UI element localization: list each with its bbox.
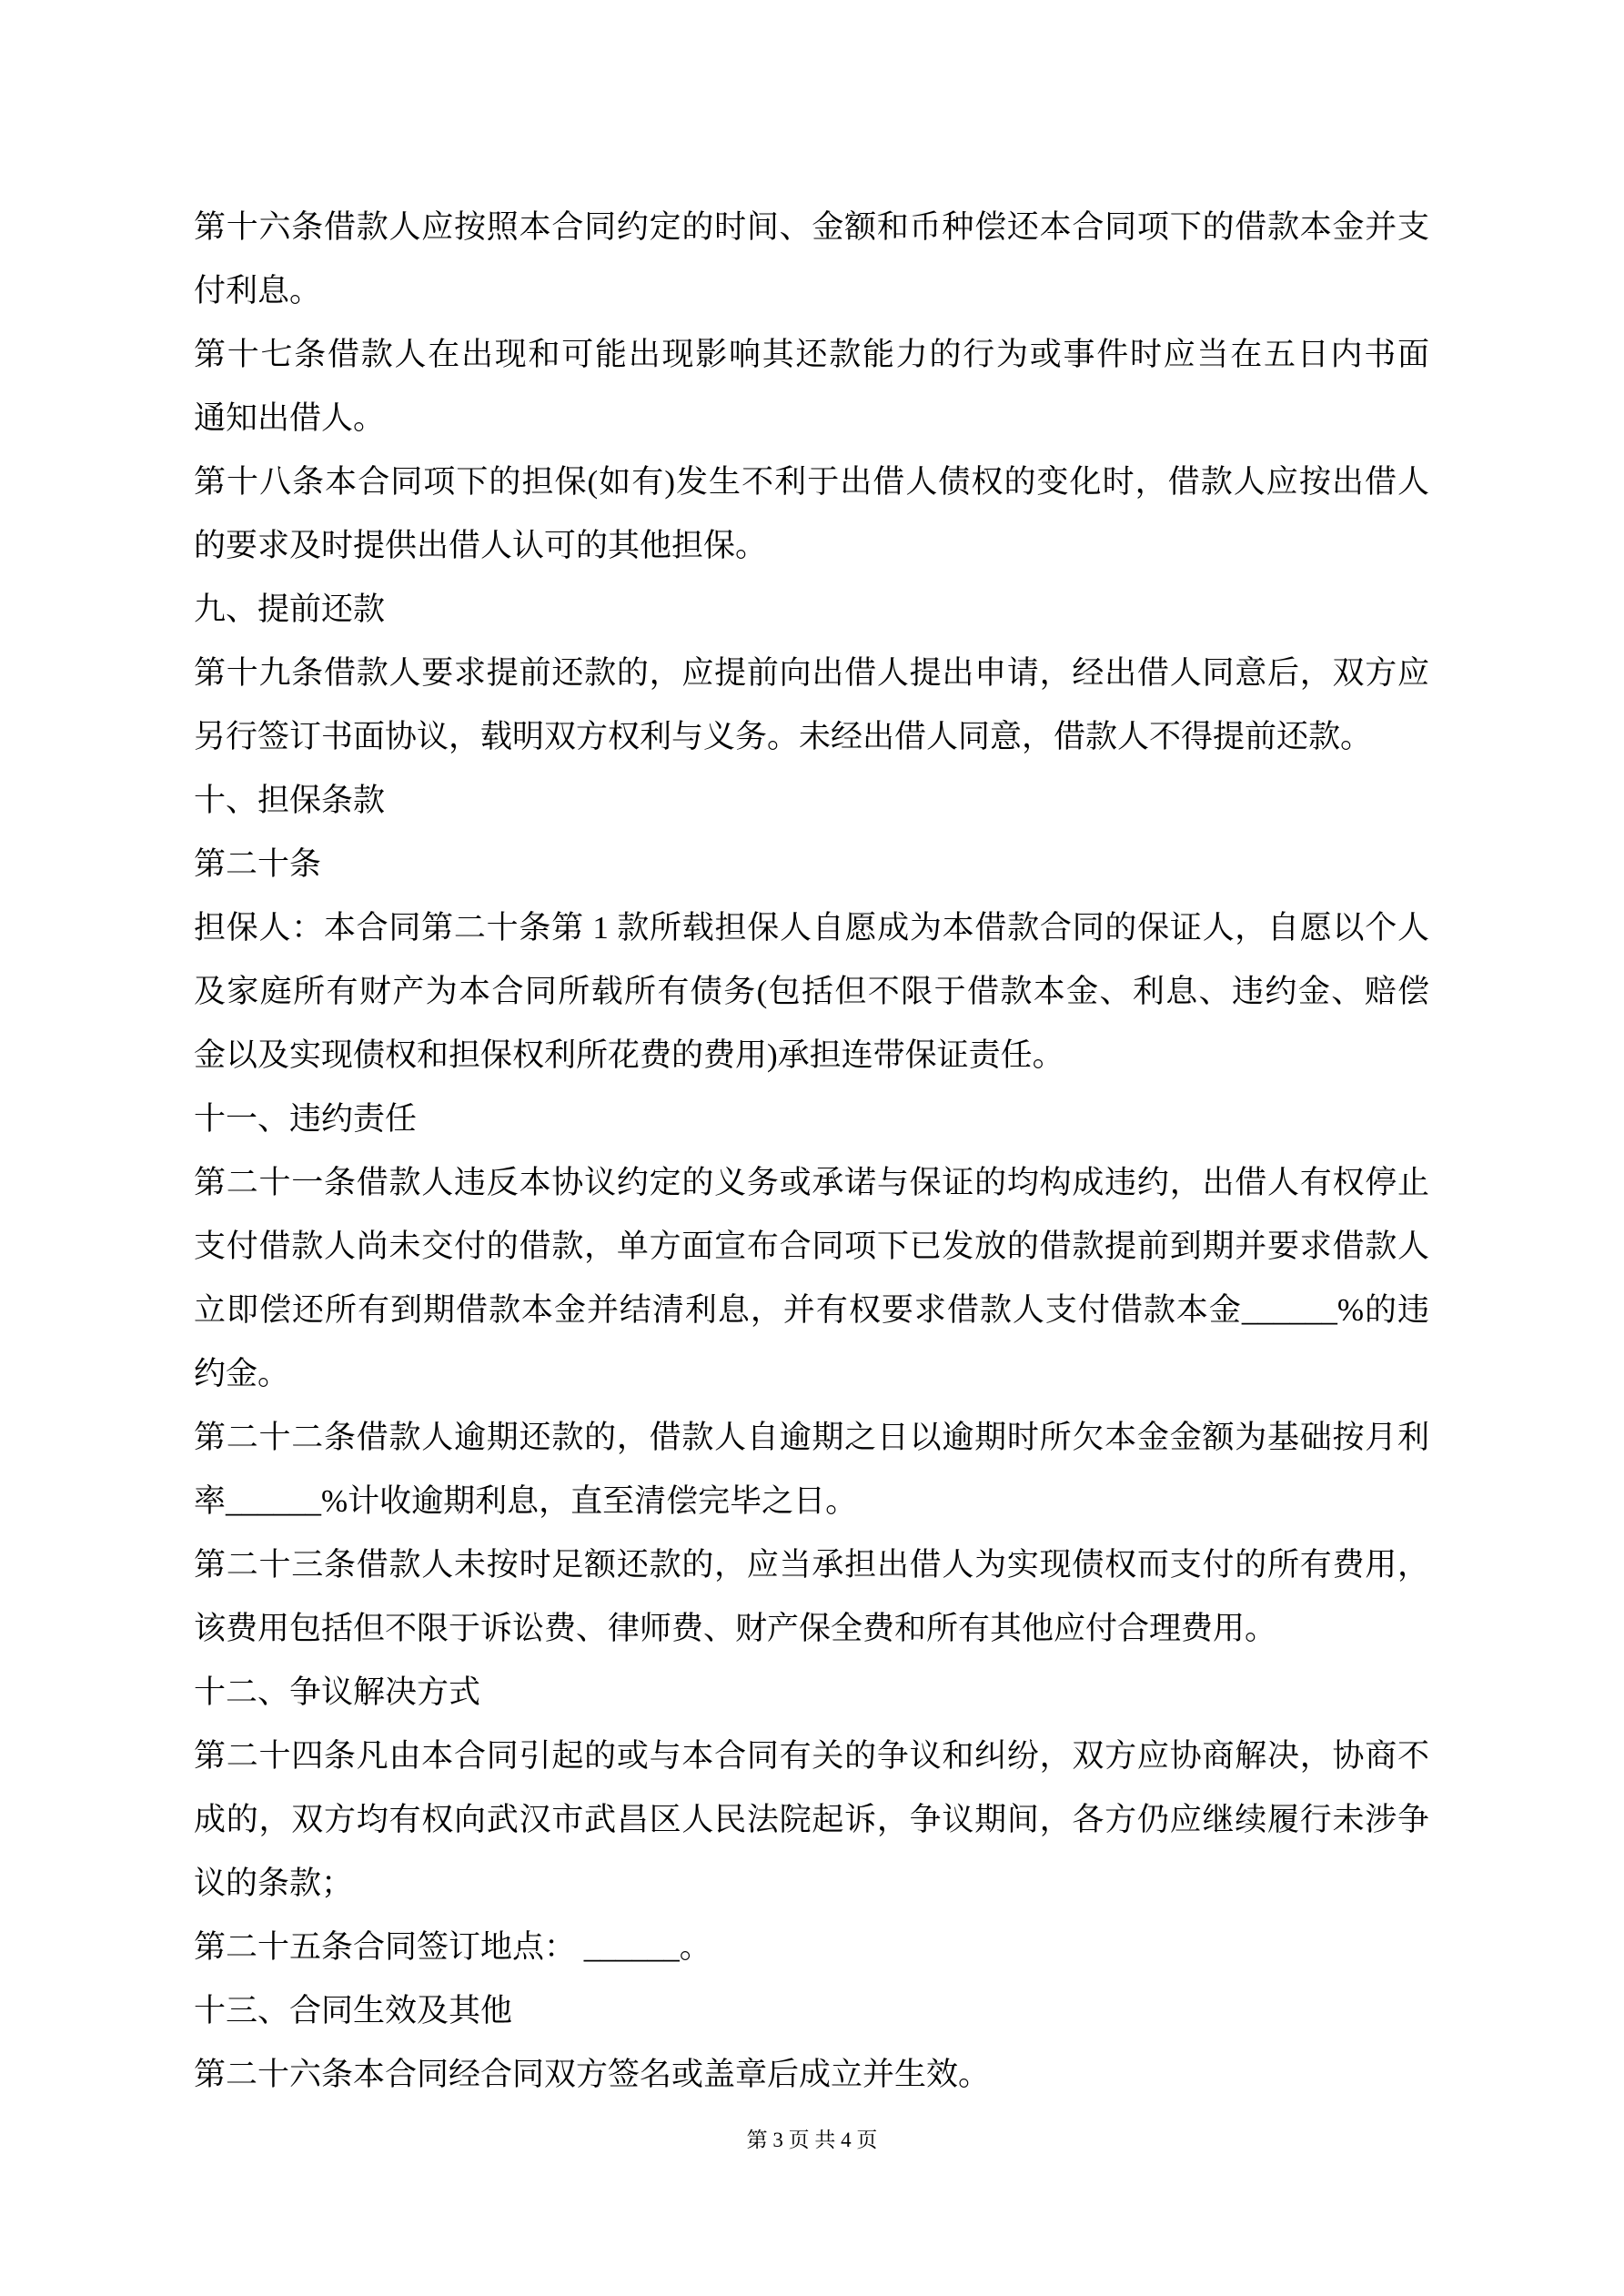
contract-line: 第十七条借款人在出现和可能出现影响其还款能力的行为或事件时应当在五日内书面 — [194, 323, 1429, 387]
contract-line: 第二十条 — [194, 833, 1429, 896]
contract-line: 约金。 — [194, 1342, 1429, 1406]
contract-line: 该费用包括但不限于诉讼费、律师费、财产保全费和所有其他应付合理费用。 — [194, 1597, 1429, 1661]
contract-line: 金以及实现债权和担保权利所花费的费用)承担连带保证责任。 — [194, 1024, 1429, 1087]
page-number-footer: 第 3 页 共 4 页 — [0, 2128, 1624, 2153]
contract-line: 另行签订书面协议，载明双方权利与义务。未经出借人同意，借款人不得提前还款。 — [194, 705, 1429, 769]
contract-line: 十、担保条款 — [194, 769, 1429, 833]
contract-line: 十二、争议解决方式 — [194, 1661, 1429, 1725]
contract-line: 率______%计收逾期利息，直至清偿完毕之日。 — [194, 1470, 1429, 1533]
contract-line: 第十六条借款人应按照本合同约定的时间、金额和币种偿还本合同项下的借款本金并支 — [194, 196, 1429, 259]
contract-line: 第二十六条本合同经合同双方签名或盖章后成立并生效。 — [194, 2043, 1429, 2107]
contract-line: 及家庭所有财产为本合同所载所有债务(包括但不限于借款本金、利息、违约金、赔偿 — [194, 960, 1429, 1024]
contract-line: 第十九条借款人要求提前还款的，应提前向出借人提出申请，经出借人同意后，双方应 — [194, 642, 1429, 705]
contract-line: 第二十四条凡由本合同引起的或与本合同有关的争议和纠纷，双方应协商解决，协商不 — [194, 1725, 1429, 1788]
contract-line: 第二十一条借款人违反本协议约定的义务或承诺与保证的均构成违约，出借人有权停止 — [194, 1151, 1429, 1215]
contract-line: 支付借款人尚未交付的借款，单方面宣布合同项下已发放的借款提前到期并要求借款人 — [194, 1215, 1429, 1279]
contract-line: 立即偿还所有到期借款本金并结清利息，并有权要求借款人支付借款本金______%的… — [194, 1279, 1429, 1342]
contract-line: 十三、合同生效及其他 — [194, 1979, 1429, 2043]
contract-line: 第二十三条借款人未按时足额还款的，应当承担出借人为实现债权而支付的所有费用， — [194, 1533, 1429, 1597]
contract-line: 第十八条本合同项下的担保(如有)发生不利于出借人债权的变化时，借款人应按出借人 — [194, 450, 1429, 514]
contract-line: 第二十二条借款人逾期还款的，借款人自逾期之日以逾期时所欠本金金额为基础按月利 — [194, 1406, 1429, 1470]
contract-line: 通知出借人。 — [194, 387, 1429, 450]
contract-line: 议的条款； — [194, 1852, 1429, 1916]
contract-line: 成的，双方均有权向武汉市武昌区人民法院起诉，争议期间，各方仍应继续履行未涉争 — [194, 1788, 1429, 1852]
contract-line: 付利息。 — [194, 259, 1429, 323]
document-page: 第十六条借款人应按照本合同约定的时间、金额和币种偿还本合同项下的借款本金并支付利… — [0, 0, 1624, 2296]
contract-line: 九、提前还款 — [194, 578, 1429, 642]
contract-line: 十一、违约责任 — [194, 1087, 1429, 1151]
contract-body: 第十六条借款人应按照本合同约定的时间、金额和币种偿还本合同项下的借款本金并支付利… — [194, 196, 1429, 2107]
contract-line: 第二十五条合同签订地点： ______。 — [194, 1916, 1429, 1979]
contract-line: 的要求及时提供出借人认可的其他担保。 — [194, 514, 1429, 578]
contract-line: 担保人：本合同第二十条第 1 款所载担保人自愿成为本借款合同的保证人，自愿以个人 — [194, 896, 1429, 960]
